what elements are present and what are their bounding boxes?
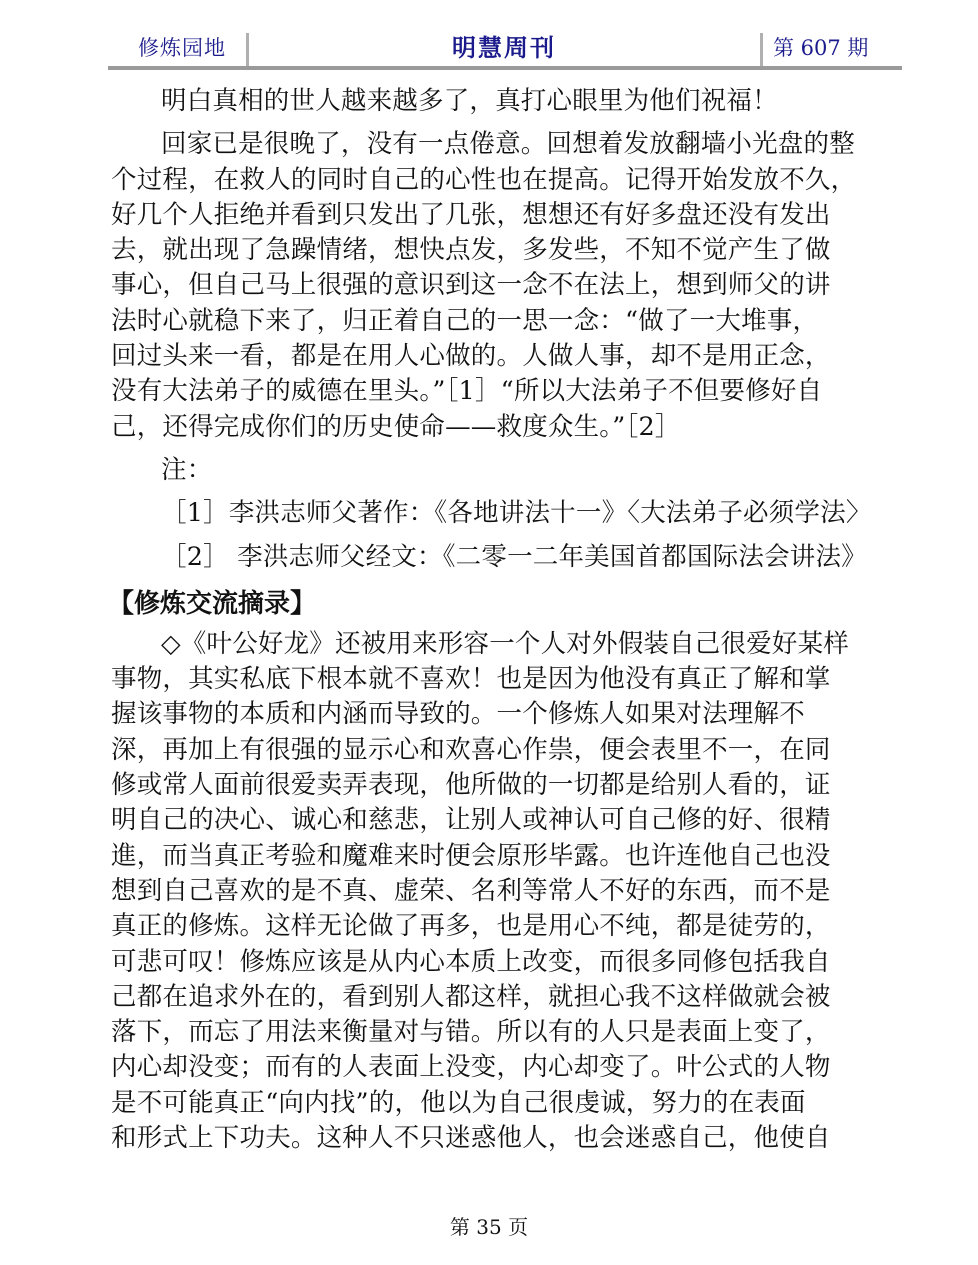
page-number: 第 35 页 <box>0 1211 978 1240</box>
text-line: 明白真相的世人越来越多了，真打心眼里为他们祝福！ <box>111 84 901 119</box>
section-heading: 【修炼交流摘录】 <box>108 585 901 623</box>
text-line: 事物，其实私底下根本就不喜欢！也是因为他没有真正了解和掌 <box>111 662 901 697</box>
text-line: 个过程，在救人的同时自己的心性也在提高。记得开始发放不久， <box>111 163 901 198</box>
paragraph-2: 回家已是很晚了，没有一点倦意。回想着发放翻墙小光盘的整 个过程，在救人的同时自己… <box>111 127 901 445</box>
paragraph-1: 明白真相的世人越来越多了，真打心眼里为他们祝福！ <box>111 84 901 119</box>
text-line: 内心却没变；而有的人表面上没变，内心却变了。叶公式的人物 <box>111 1050 901 1085</box>
text-line: 己都在追求外在的，看到别人都这样，就担心我不这样做就会被 <box>111 980 901 1015</box>
header-rule <box>108 66 902 70</box>
text-line: 進，而当真正考验和魔难来时便会原形毕露。也许连他自己也没 <box>111 839 901 874</box>
text-line: 回过头来一看，都是在用人心做的。人做人事，却不是用正念， <box>111 339 901 374</box>
text-line: 和形式上下功夫。这种人不只迷惑他人，也会迷惑自己，他使自 <box>111 1121 901 1156</box>
note-item: ［2］ 李洪志师父经文：《二零一二年美国首都国际法会讲法》 <box>111 540 901 575</box>
text-line: 真正的修炼。这样无论做了再多，也是用心不纯，都是徒劳的， <box>111 909 901 944</box>
text-line: 没有大法弟子的威德在里头。”［1］“所以大法弟子不但要修好自 <box>111 374 901 409</box>
page-content: 明白真相的世人越来越多了，真打心眼里为他们祝福！ 回家已是很晚了，没有一点倦意。… <box>111 84 901 1156</box>
section-2-body: ◇《叶公好龙》还被用来形容一个人对外假装自己很爱好某样 事物，其实私底下根本就不… <box>111 627 901 1156</box>
text-line: 深，再加上有很强的显示心和欢喜心作祟，便会表里不一，在同 <box>111 733 901 768</box>
text-line: 法时心就稳下来了，归正着自己的一思一念：“做了一大堆事， <box>111 304 901 339</box>
text-line: 可悲可叹！修炼应该是从内心本质上改变，而很多同修包括我自 <box>111 945 901 980</box>
text-line: 握该事物的本质和内涵而导致的。一个修炼人如果对法理解不 <box>111 697 901 732</box>
text-line: ◇《叶公好龙》还被用来形容一个人对外假装自己很爱好某样 <box>111 627 901 662</box>
text-line: 落下，而忘了用法来衡量对与错。所以有的人只是表面上变了， <box>111 1015 901 1050</box>
notes-label: 注： <box>111 453 901 488</box>
issue-number: 第 607 期 <box>773 32 868 62</box>
notes-block: 注： ［1］李洪志师父著作：《各地讲法十一》〈大法弟子必须学法〉 ［2］ 李洪志… <box>111 453 901 575</box>
text-line: 明自己的决心、诚心和慈悲，让别人或神认可自己修的好、很精 <box>111 803 901 838</box>
text-line: 回家已是很晚了，没有一点倦意。回想着发放翻墙小光盘的整 <box>111 127 901 162</box>
text-line: 想到自己喜欢的是不真、虚荣、名利等常人不好的东西，而不是 <box>111 874 901 909</box>
text-line: 是不可能真正“向内找”的，他以为自己很虔诚，努力的在表面 <box>111 1086 901 1121</box>
text-line: 己，还得完成你们的历史使命——救度众生。”［2］ <box>111 410 901 445</box>
header-divider-right <box>760 33 763 69</box>
page-header: 修炼园地 明慧周刊 第 607 期 <box>108 28 900 66</box>
note-item: ［1］李洪志师父著作：《各地讲法十一》〈大法弟子必须学法〉 <box>111 496 901 531</box>
text-line: 去，就出现了急躁情绪，想快点发，多发些，不知不觉产生了做 <box>111 233 901 268</box>
text-line: 修或常人面前很爱卖弄表现，他所做的一切都是给别人看的，证 <box>111 768 901 803</box>
text-line: 事心，但自己马上很强的意识到这一念不在法上，想到师父的讲 <box>111 268 901 303</box>
text-line: 好几个人拒绝并看到只发出了几张，想想还有好多盘还没有发出 <box>111 198 901 233</box>
